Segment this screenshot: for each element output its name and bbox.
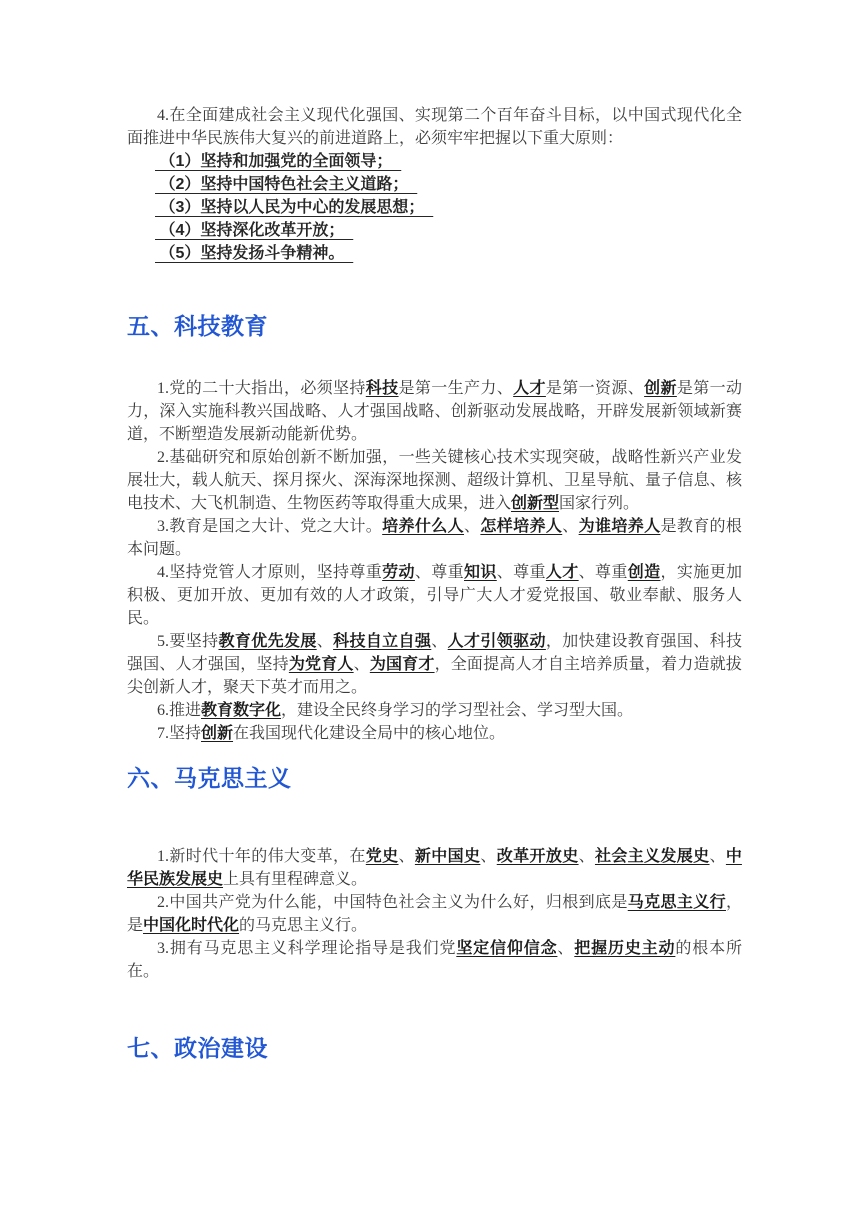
text-run: 、 [317,633,333,650]
text-run: 3.教育是国之大计、党之大计。 [157,518,382,535]
text-run: 、 [562,518,578,535]
highlighted-term: 人才 [546,564,579,581]
principle-item: （4）坚持深化改革开放； [127,219,742,242]
body-paragraph: 7.坚持创新在我国现代化建设全局中的核心地位。 [127,722,742,745]
text-run: 、 [399,848,415,865]
highlighted-term: 党史 [366,848,399,865]
highlighted-term: 教育数字化 [201,702,281,719]
principle-text: （2）坚持中国特色社会主义道路； [155,176,417,193]
highlighted-term: 人才 [513,380,546,397]
highlighted-term: 坚定信仰信念 [456,940,557,957]
text-run: 、 [710,848,726,865]
highlighted-term: 马克思主义行 [628,894,726,911]
principle-text: （3）坚持以人民为中心的发展思想； [155,199,433,216]
principle-text: （1）坚持和加强党的全面领导； [155,153,401,170]
principle-item: （3）坚持以人民为中心的发展思想； [127,196,742,219]
body-paragraph: 1.新时代十年的伟大变革，在党史、新中国史、改革开放史、社会主义发展史、中华民族… [127,845,742,891]
text-run: 国家行列。 [559,495,639,512]
highlighted-term: 为谁培养人 [579,518,661,535]
section-heading-political-construction: 七、政治建设 [127,1033,742,1063]
text-run: 2.中国共产党为什么能，中国特色社会主义为什么好，归根到底是 [157,894,628,911]
text-run: 、尊重 [579,564,628,581]
body-paragraph: 2.基础研究和原始创新不断加强，一些关键核心技术实现突破，战略性新兴产业发展壮大… [127,446,742,515]
body-paragraph: 6.推进教育数字化，建设全民终身学习的学习型社会、学习型大国。 [127,699,742,722]
highlighted-term: 科技 [366,380,399,397]
highlighted-term: 创造 [628,564,661,581]
text-run: 5.要坚持 [157,633,218,650]
highlighted-term: 为党育人 [289,656,354,673]
highlighted-term: 新中国史 [415,848,480,865]
highlighted-term: 知识 [464,564,497,581]
text-run: 在我国现代化建设全局中的核心地位。 [233,725,505,742]
intro-paragraph: 4.在全面建成社会主义现代化强国、实现第二个百年奋斗目标，以中国式现代化全面推进… [127,104,742,150]
principle-text: （4）坚持深化改革开放； [155,222,353,239]
highlighted-term: 中国化时代化 [143,917,239,934]
section-heading-marxism: 六、马克思主义 [127,763,742,793]
highlighted-term: 创新 [644,380,677,397]
text-run: 7.坚持 [157,725,201,742]
section-heading-science-education: 五、科技教育 [127,311,742,341]
principle-text: （5）坚持发扬斗争精神。 [155,245,353,262]
text-run: 4.坚持党管人才原则，坚持尊重 [157,564,382,581]
highlighted-term: 把握历史主动 [574,940,675,957]
text-run: 、 [464,518,480,535]
text-run: 上具有里程碑意义。 [223,871,367,888]
text-run: 6.推进 [157,702,201,719]
highlighted-term: 社会主义发展史 [595,848,710,865]
text-run: 1.党的二十大指出，必须坚持 [157,380,366,397]
text-run: 是第一生产力、 [399,380,514,397]
text-run: 是第一资源、 [546,380,644,397]
principle-item: （2）坚持中国特色社会主义道路； [127,173,742,196]
body-paragraph: 5.要坚持教育优先发展、科技自立自强、人才引领驱动，加快建设教育强国、科技强国、… [127,630,742,699]
body-paragraph: 2.中国共产党为什么能，中国特色社会主义为什么好，归根到底是马克思主义行，是中国… [127,891,742,937]
text-run: 、尊重 [415,564,464,581]
text-run: 的马克思主义行。 [239,917,367,934]
text-run: 、 [480,848,496,865]
highlighted-term: 怎样培养人 [480,518,562,535]
text-run: 4.在全面建成社会主义现代化强国、实现第二个百年奋斗目标，以中国式现代化全面推进… [127,107,742,147]
body-paragraph: 3.拥有马克思主义科学理论指导是我们党坚定信仰信念、把握历史主动的根本所在。 [127,937,742,983]
text-run: 1.新时代十年的伟大变革，在 [157,848,366,865]
section-science-education-body: 1.党的二十大指出，必须坚持科技是第一生产力、人才是第一资源、创新是第一动力，深… [127,377,742,745]
principles-list: （1）坚持和加强党的全面领导； （2）坚持中国特色社会主义道路； （3）坚持以人… [127,150,742,265]
highlighted-term: 创新 [201,725,233,742]
text-run: 3.拥有马克思主义科学理论指导是我们党 [157,940,456,957]
body-paragraph: 3.教育是国之大计、党之大计。培养什么人、怎样培养人、为谁培养人是教育的根本问题… [127,515,742,561]
body-paragraph: 1.党的二十大指出，必须坚持科技是第一生产力、人才是第一资源、创新是第一动力，深… [127,377,742,446]
highlighted-term: 创新型 [511,495,559,512]
text-run: ，建设全民终身学习的学习型社会、学习型大国。 [281,702,633,719]
section-marxism-body: 1.新时代十年的伟大变革，在党史、新中国史、改革开放史、社会主义发展史、中华民族… [127,845,742,983]
text-run: 2.基础研究和原始创新不断加强，一些关键核心技术实现突破，战略性新兴产业发展壮大… [127,449,742,512]
highlighted-term: 人才引领驱动 [448,633,546,650]
highlighted-term: 科技自立自强 [333,633,431,650]
highlighted-term: 教育优先发展 [218,633,316,650]
principle-item: （1）坚持和加强党的全面领导； [127,150,742,173]
highlighted-term: 为国育才 [370,656,435,673]
text-run: 、尊重 [497,564,546,581]
highlighted-term: 培养什么人 [382,518,464,535]
text-run: 、 [354,656,370,673]
text-run: 、 [557,940,574,957]
text-run: 、 [431,633,447,650]
highlighted-term: 改革开放史 [497,848,579,865]
body-paragraph: 4.坚持党管人才原则，坚持尊重劳动、尊重知识、尊重人才、尊重创造，实施更加积极、… [127,561,742,630]
document-page: 4.在全面建成社会主义现代化强国、实现第二个百年奋斗目标，以中国式现代化全面推进… [0,0,860,1216]
text-run: 、 [579,848,595,865]
highlighted-term: 劳动 [382,564,415,581]
principle-item: （5）坚持发扬斗争精神。 [127,242,742,265]
